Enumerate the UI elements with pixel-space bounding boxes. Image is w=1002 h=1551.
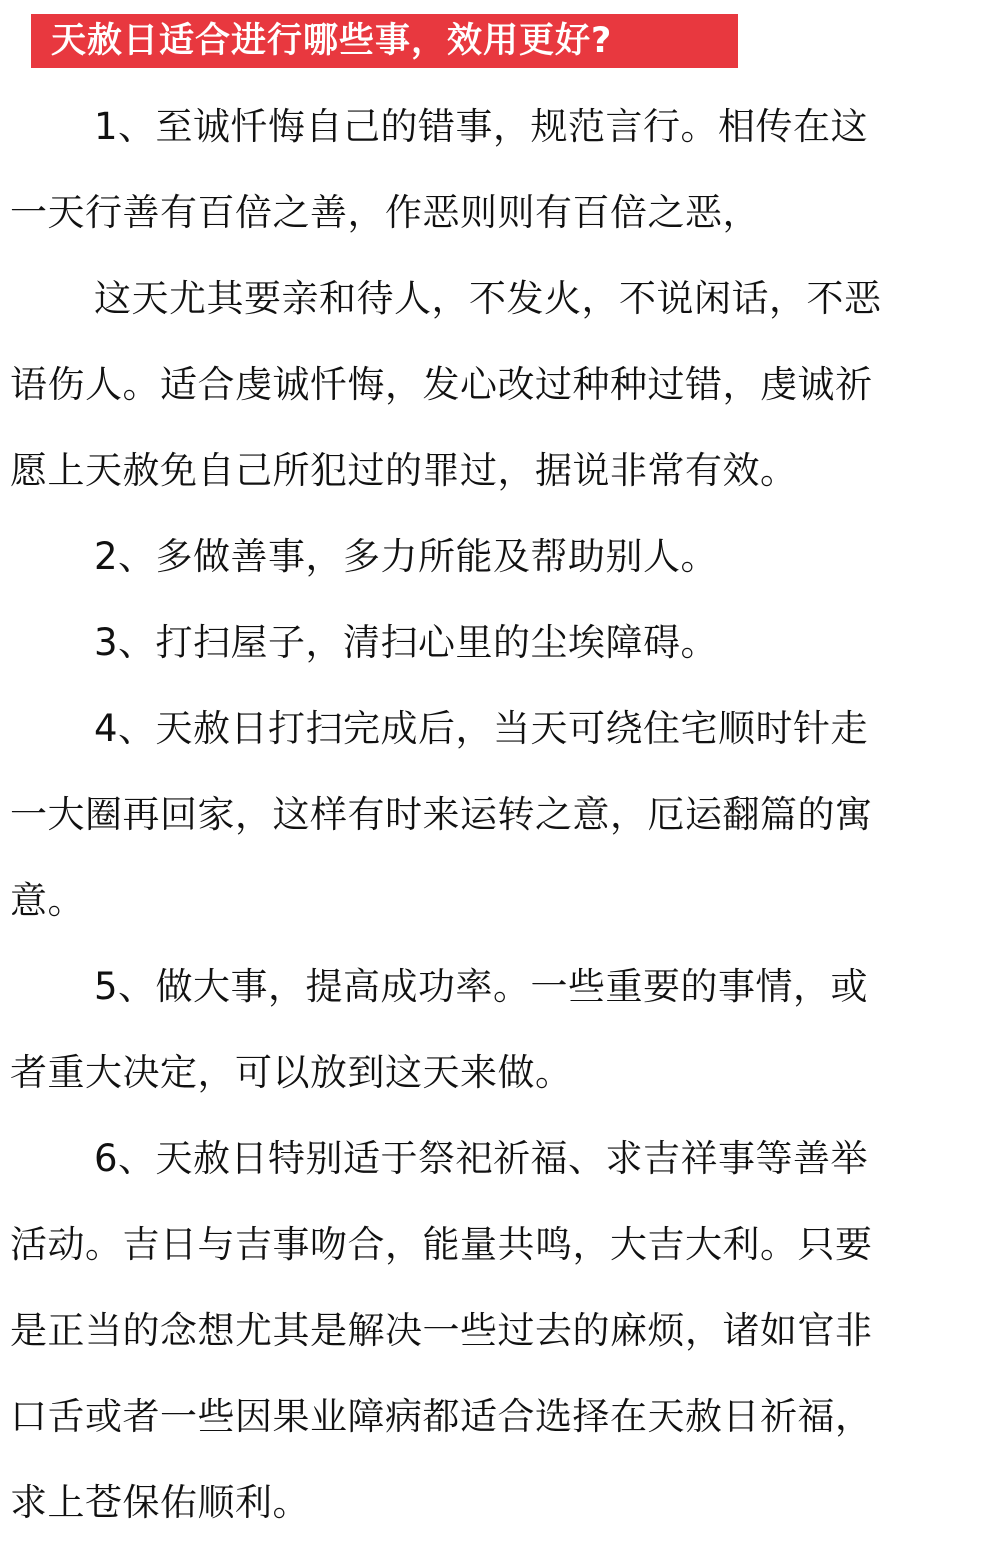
paragraph-5-line-1: 5、做大事，提高成功率。一些重要的事情，或 <box>0 944 1002 1030</box>
paragraph-2-line-1: 2、多做善事，多力所能及帮助别人。 <box>0 514 1002 600</box>
article-body: 1、至诚忏悔自己的错事，规范言行。相传在这 一天行善有百倍之善，作恶则则有百倍之… <box>0 84 1002 1546</box>
heading-text: 天赦日适合进行哪些事，效用更好? <box>51 21 612 61</box>
paragraph-6-line-2: 活动。吉日与吉事吻合，能量共鸣，大吉大利。只要 <box>0 1202 1002 1288</box>
heading-banner: 天赦日适合进行哪些事，效用更好? <box>31 14 738 68</box>
paragraph-6-line-1: 6、天赦日特别适于祭祀祈福、求吉祥事等善举 <box>0 1116 1002 1202</box>
paragraph-4-line-3: 意。 <box>0 858 1002 944</box>
paragraph-4-line-2: 一大圈再回家，这样有时来运转之意，厄运翻篇的寓 <box>0 772 1002 858</box>
paragraph-1b-line-1: 这天尤其要亲和待人，不发火，不说闲话，不恶 <box>0 256 1002 342</box>
paragraph-6-line-4: 口舌或者一些因果业障病都适合选择在天赦日祈福， <box>0 1374 1002 1460</box>
paragraph-1-line-2: 一天行善有百倍之善，作恶则则有百倍之恶， <box>0 170 1002 256</box>
paragraph-6-line-5: 求上苍保佑顺利。 <box>0 1460 1002 1546</box>
paragraph-1-line-1: 1、至诚忏悔自己的错事，规范言行。相传在这 <box>0 84 1002 170</box>
paragraph-4-line-1: 4、天赦日打扫完成后，当天可绕住宅顺时针走 <box>0 686 1002 772</box>
paragraph-5-line-2: 者重大决定，可以放到这天来做。 <box>0 1030 1002 1116</box>
paragraph-1b-line-3: 愿上天赦免自己所犯过的罪过，据说非常有效。 <box>0 428 1002 514</box>
paragraph-3-line-1: 3、打扫屋子，清扫心里的尘埃障碍。 <box>0 600 1002 686</box>
paragraph-1b-line-2: 语伤人。适合虔诚忏悔，发心改过种种过错，虔诚祈 <box>0 342 1002 428</box>
paragraph-6-line-3: 是正当的念想尤其是解决一些过去的麻烦，诸如官非 <box>0 1288 1002 1374</box>
